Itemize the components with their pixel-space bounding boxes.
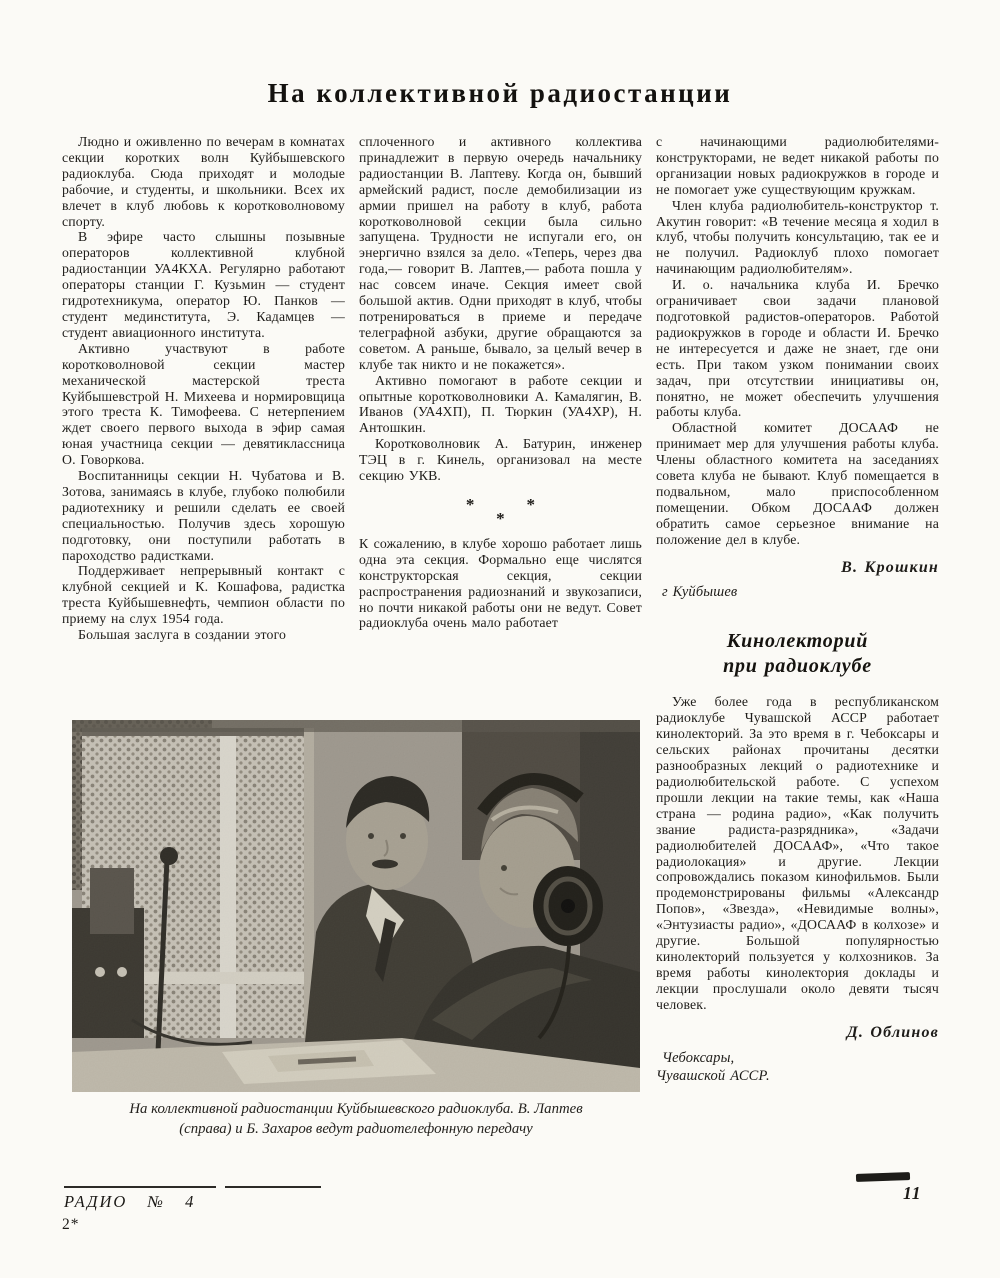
asterisk-icon: * <box>359 512 642 526</box>
rule-segment <box>64 1186 216 1188</box>
caption-line2: (справа) и Б. Захаров ведут радиотелефон… <box>179 1121 533 1137</box>
location-line1: Чебоксары, <box>662 1050 734 1066</box>
column-3: с начинающими радиолюбителями-конструкто… <box>656 134 939 1085</box>
article2-title-line2: при радиоклубе <box>723 655 872 677</box>
asterisk-icon: * <box>501 498 562 512</box>
article2-title-line1: Кинолекторий <box>727 630 868 652</box>
caption-line1: На коллективной радиостанции Куйбышевско… <box>129 1101 582 1117</box>
paragraph: Коротковолновик А. Батурин, инженер ТЭЦ … <box>359 436 642 484</box>
paragraph: Людно и оживленно по вечерам в комнатах … <box>62 134 345 229</box>
paragraph: сплоченного и активного коллектива прина… <box>359 134 642 373</box>
asterisk-icon: * <box>440 498 501 512</box>
rule-segment <box>225 1186 321 1188</box>
paragraph: Поддерживает непрерывный контакт с клубн… <box>62 563 345 627</box>
photo-radio-operators <box>72 720 640 1092</box>
paragraph: Большая заслуга в создании этого <box>62 627 345 643</box>
paragraph: Активно участвуют в работе коротковолнов… <box>62 341 345 468</box>
paragraph: И. о. начальника клуба И. Бречко огранич… <box>656 277 939 420</box>
paragraph: В эфире часто слышны позывные операторов… <box>62 229 345 340</box>
ink-smudge <box>856 1172 910 1182</box>
photo-caption: На коллективной радиостанции Куйбышевско… <box>62 1100 650 1139</box>
paragraph: с начинающими радиолюбителями-конструкто… <box>656 134 939 198</box>
paragraph: К сожалению, в клубе хорошо работает лиш… <box>359 536 642 631</box>
photo-illustration <box>72 720 640 1092</box>
author-signature: В. Крошкин <box>656 560 939 576</box>
column-1: Людно и оживленно по вечерам в комнатах … <box>62 134 345 722</box>
paragraph: Воспитанницы секции Н. Чубатова и В. Зот… <box>62 468 345 563</box>
magazine-page: { "article1": { "title": "На коллективно… <box>0 0 1000 1278</box>
author-location: г Куйбышев <box>656 583 939 601</box>
column-2: сплоченного и активного коллектива прина… <box>359 134 642 722</box>
journal-issue-label: РАДИО № 4 <box>64 1192 195 1212</box>
paragraph: Областной комитет ДОСААФ не принимает ме… <box>656 420 939 547</box>
print-signature-mark: 2* <box>62 1216 80 1234</box>
asterisk-separator: ** * <box>359 498 642 526</box>
footer-rule <box>64 1186 330 1188</box>
paragraph: Член клуба радиолюбитель-конструктор т. … <box>656 198 939 278</box>
page-title: На коллективной радиостанции <box>0 78 1000 109</box>
paragraph: Уже более года в республиканском радиокл… <box>656 694 939 1012</box>
location-line2: Чувашской АССР. <box>656 1068 770 1084</box>
author-signature: Д. Облинов <box>656 1025 939 1041</box>
page-number: 11 <box>903 1183 922 1204</box>
author-location: Чебоксары, Чувашской АССР. <box>656 1049 939 1085</box>
article2-title: Кинолекторий при радиоклубе <box>656 629 939 679</box>
paragraph: Активно помогают в работе секции и опытн… <box>359 373 642 437</box>
